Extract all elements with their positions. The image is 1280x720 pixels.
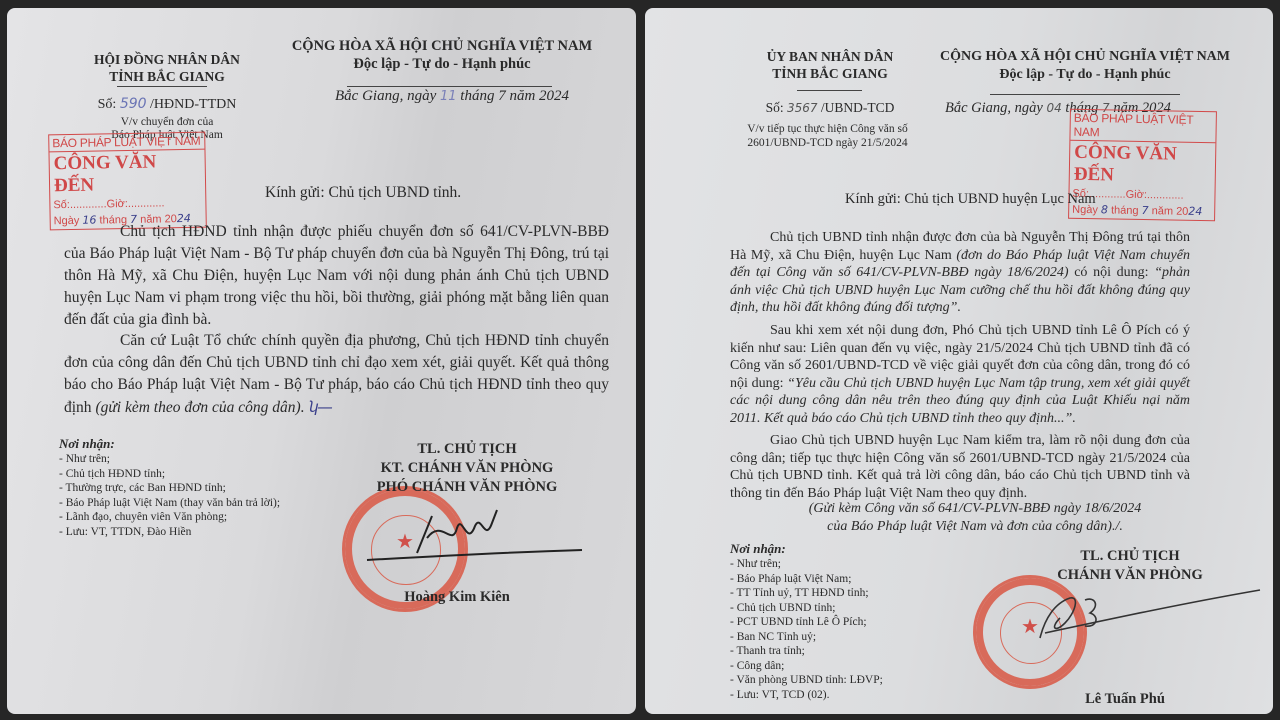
issuer-block: HỘI ĐỒNG NHÂN DÂN TỈNH BẮC GIANG xyxy=(67,51,267,85)
body-paragraph-1: Chủ tịch HĐND tỉnh nhận được phiếu chuyể… xyxy=(64,221,609,331)
sign-line-2: KT. CHÁNH VĂN PHÒNG xyxy=(352,459,582,478)
recipient-item: - Văn phòng UBND tỉnh: LĐVP; xyxy=(730,673,970,688)
signer-name: Lê Tuấn Phú xyxy=(1050,690,1200,709)
number-handwritten: 590 xyxy=(120,96,147,112)
document-ubnd-3567: ỦY BAN NHÂN DÂN TỈNH BẮC GIANG CỘNG HÒA … xyxy=(645,8,1273,714)
recipients-list: - Như trên; - Chủ tịch HĐND tỉnh; - Thườ… xyxy=(59,452,319,539)
handwritten-signature xyxy=(357,508,587,568)
recipients-title: Nơi nhận: xyxy=(59,436,319,452)
recipients-block: Nơi nhận: - Như trên; - Chủ tịch HĐND tỉ… xyxy=(59,436,319,539)
body-paragraph-1: Chủ tịch UBND tỉnh nhận được đơn của bà … xyxy=(730,229,1190,317)
signature-block: TL. CHỦ TỊCH CHÁNH VĂN PHÒNG xyxy=(1040,547,1220,585)
recipient-item: - PCT UBND tỉnh Lê Ô Pích; xyxy=(730,615,970,630)
issuer-line2: TỈNH BẮC GIANG xyxy=(67,68,267,85)
document-subject: V/v tiếp tục thực hiện Công văn số 2601/… xyxy=(710,123,945,150)
recipient-item: - Lưu: VT, TCD (02). xyxy=(730,688,970,703)
body-paragraph-2: Căn cứ Luật Tổ chức chính quyền địa phươ… xyxy=(64,330,609,419)
recipient-item: - Chủ tịch HĐND tỉnh; xyxy=(59,467,319,482)
handwritten-signature xyxy=(1025,588,1265,648)
national-title: CỘNG HÒA XÃ HỘI CHỦ NGHĨA VIỆT NAM xyxy=(277,37,607,55)
attachment-note: (Gửi kèm Công văn số 641/CV-PLVN-BBĐ ngà… xyxy=(765,500,1185,536)
issuer-underline xyxy=(117,86,207,87)
national-title: CỘNG HÒA XÃ HỘI CHỦ NGHĨA VIỆT NAM xyxy=(920,48,1250,66)
salutation: Kính gửi: Chủ tịch UBND huyện Lục Nam xyxy=(845,191,1096,208)
body-paragraph-2: Sau khi xem xét nội dung đơn, Phó Chủ tị… xyxy=(730,322,1190,427)
motto-underline xyxy=(990,94,1180,95)
document-date: Bắc Giang, ngày 11 tháng 7 năm 2024 xyxy=(335,88,569,105)
sign-line-1: TL. CHỦ TỊCH xyxy=(352,440,582,459)
sign-line-1: TL. CHỦ TỊCH xyxy=(1040,547,1220,566)
body-paragraph-3: Giao Chủ tịch UBND huyện Lục Nam kiểm tr… xyxy=(730,432,1190,502)
signature-block: TL. CHỦ TỊCH KT. CHÁNH VĂN PHÒNG PHÓ CHÁ… xyxy=(352,440,582,497)
issuer-block: ỦY BAN NHÂN DÂN TỈNH BẮC GIANG xyxy=(730,48,930,82)
national-motto: Độc lập - Tự do - Hạnh phúc xyxy=(277,55,607,73)
recipient-item: - Báo Pháp luật Việt Nam; xyxy=(730,572,970,587)
recipients-list: - Như trên; - Báo Pháp luật Việt Nam; - … xyxy=(730,557,970,702)
salutation: Kính gửi: Chủ tịch UBND tỉnh. xyxy=(265,184,461,202)
signer-name: Hoàng Kim Kiên xyxy=(382,588,532,607)
national-header: CỘNG HÒA XÃ HỘI CHỦ NGHĨA VIỆT NAM Độc l… xyxy=(277,37,607,73)
motto-underline xyxy=(347,86,552,87)
received-stamp: BÁO PHÁP LUẬT VIỆT NAM CÔNG VĂN ĐẾN Số:.… xyxy=(48,132,207,231)
recipient-item: - Lưu: VT, TTDN, Đào Hiền xyxy=(59,525,319,540)
recipient-item: - TT Tỉnh uỷ, TT HĐND tỉnh; xyxy=(730,586,970,601)
issuer-underline xyxy=(797,90,862,91)
document-number: Số: 3567 /UBND-TCD xyxy=(720,100,940,116)
sign-line-2: CHÁNH VĂN PHÒNG xyxy=(1040,566,1220,585)
issuer-line1: HỘI ĐỒNG NHÂN DÂN xyxy=(67,51,267,68)
number-handwritten: 3567 xyxy=(787,101,818,115)
recipient-item: - Lãnh đạo, chuyên viên Văn phòng; xyxy=(59,510,319,525)
recipient-item: - Công dân; xyxy=(730,659,970,674)
national-motto: Độc lập - Tự do - Hạnh phúc xyxy=(920,66,1250,84)
recipient-item: - Ban NC Tỉnh uỷ; xyxy=(730,630,970,645)
sign-line-3: PHÓ CHÁNH VĂN PHÒNG xyxy=(352,478,582,497)
recipients-block: Nơi nhận: - Như trên; - Báo Pháp luật Vi… xyxy=(730,541,970,702)
document-number: Số: 590 /HĐND-TTDN xyxy=(67,96,267,113)
recipient-item: - Chủ tịch UBND tỉnh; xyxy=(730,601,970,616)
national-header: CỘNG HÒA XÃ HỘI CHỦ NGHĨA VIỆT NAM Độc l… xyxy=(920,48,1250,84)
issuer-line1: ỦY BAN NHÂN DÂN xyxy=(730,48,930,65)
document-hdnd-590: HỘI ĐỒNG NHÂN DÂN TỈNH BẮC GIANG CỘNG HÒ… xyxy=(7,8,636,714)
recipient-item: - Thanh tra tỉnh; xyxy=(730,644,970,659)
recipient-item: - Báo Pháp luật Việt Nam (thay văn bản t… xyxy=(59,496,319,511)
recipient-item: - Như trên; xyxy=(730,557,970,572)
initial-mark: ʮ— xyxy=(308,398,332,416)
recipient-item: - Như trên; xyxy=(59,452,319,467)
issuer-line2: TỈNH BẮC GIANG xyxy=(730,65,930,82)
recipients-title: Nơi nhận: xyxy=(730,541,970,557)
recipient-item: - Thường trực, các Ban HĐND tỉnh; xyxy=(59,481,319,496)
